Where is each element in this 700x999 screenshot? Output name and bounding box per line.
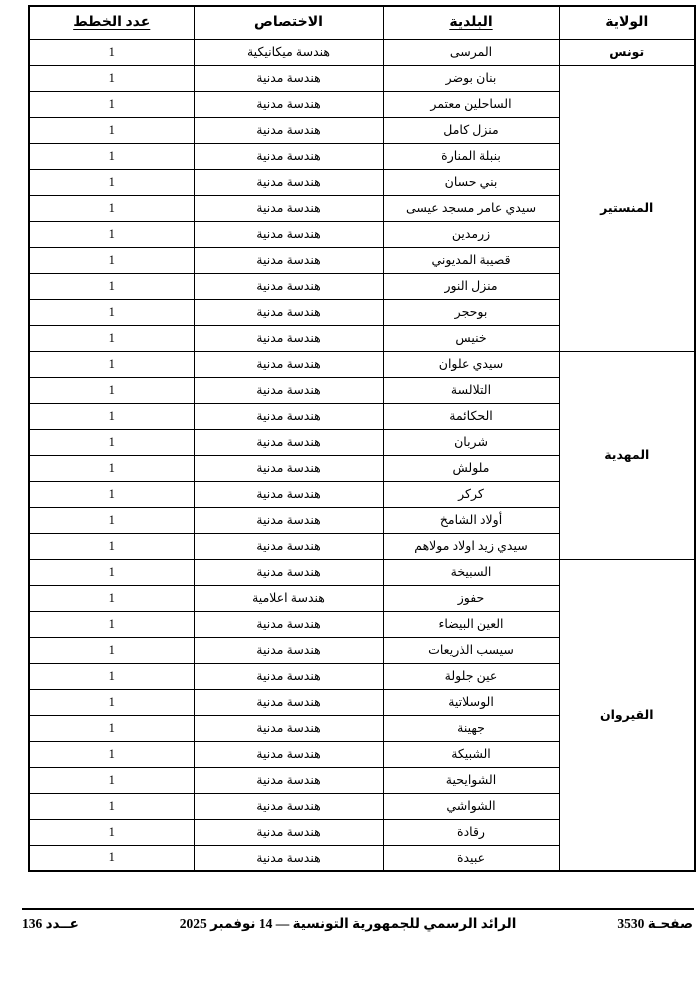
count-cell: 1 [29,559,194,585]
specialty-cell: هندسة مدنية [194,377,383,403]
count-cell: 1 [29,533,194,559]
count-cell: 1 [29,741,194,767]
count-cell: 1 [29,689,194,715]
specialty-cell: هندسة مدنية [194,611,383,637]
wilaya-cell: المنستير [559,65,695,351]
count-cell: 1 [29,91,194,117]
municipality-cell: جهينة [383,715,559,741]
specialty-cell: هندسة مدنية [194,481,383,507]
municipality-cell: حفوز [383,585,559,611]
table-row: تونسالمرسىهندسة ميكانيكية1 [29,39,695,65]
specialty-cell: هندسة مدنية [194,273,383,299]
count-cell: 1 [29,637,194,663]
municipality-cell: عين جلولة [383,663,559,689]
count-cell: 1 [29,585,194,611]
specialty-cell: هندسة مدنية [194,819,383,845]
count-cell: 1 [29,455,194,481]
count-cell: 1 [29,169,194,195]
page-number: 3530 [617,916,644,931]
count-cell: 1 [29,299,194,325]
specialty-cell: هندسة مدنية [194,741,383,767]
journal-title-line: الرائد الرسمي للجمهورية التونسية — 14 نو… [79,914,618,934]
specialty-cell: هندسة مدنية [194,559,383,585]
municipality-cell: سيدي عامر مسجد عيسى [383,195,559,221]
specialty-cell: هندسة مدنية [194,299,383,325]
header-municipality: البلدية [383,6,559,39]
specialty-cell: هندسة مدنية [194,455,383,481]
municipality-cell: العين البيضاء [383,611,559,637]
count-cell: 1 [29,117,194,143]
specialty-cell: هندسة مدنية [194,637,383,663]
municipality-cell: الشبيكة [383,741,559,767]
municipality-cell: خنيس [383,325,559,351]
specialty-cell: هندسة مدنية [194,845,383,871]
specialty-cell: هندسة مدنية [194,91,383,117]
municipality-cell: المرسى [383,39,559,65]
specialty-cell: هندسة مدنية [194,793,383,819]
specialty-cell: هندسة مدنية [194,403,383,429]
specialty-cell: هندسة مدنية [194,169,383,195]
wilaya-cell: تونس [559,39,695,65]
issue-word: عــدد [46,916,79,931]
specialty-cell: هندسة مدنية [194,715,383,741]
positions-table: الولاية البلدية الاختصاص عدد الخطط تونسا… [28,5,696,872]
count-cell: 1 [29,663,194,689]
issue-number: 136 [22,916,42,931]
count-cell: 1 [29,65,194,91]
municipality-cell: عبيدة [383,845,559,871]
municipality-cell: بني حسان [383,169,559,195]
issue-number-label: عــدد 136 [22,914,79,934]
count-cell: 1 [29,715,194,741]
specialty-cell: هندسة مدنية [194,195,383,221]
specialty-cell: هندسة مدنية [194,143,383,169]
table-header-row: الولاية البلدية الاختصاص عدد الخطط [29,6,695,39]
specialty-cell: هندسة مدنية [194,533,383,559]
specialty-cell: هندسة مدنية [194,351,383,377]
page-number-label: صفحـة 3530 [617,914,693,934]
municipality-cell: الحكائمة [383,403,559,429]
municipality-cell: سيدي علوان [383,351,559,377]
specialty-cell: هندسة مدنية [194,325,383,351]
municipality-cell: الساحلين معتمر [383,91,559,117]
municipality-cell: الشواشي [383,793,559,819]
municipality-cell: رقادة [383,819,559,845]
count-cell: 1 [29,403,194,429]
specialty-cell: هندسة مدنية [194,767,383,793]
municipality-cell: كركر [383,481,559,507]
count-cell: 1 [29,793,194,819]
table-row: القيروانالسبيخةهندسة مدنية1 [29,559,695,585]
municipality-cell: بوحجر [383,299,559,325]
municipality-cell: قصيبة المديوني [383,247,559,273]
municipality-cell: بنبلة المنارة [383,143,559,169]
municipality-cell: بنان بوضر [383,65,559,91]
page-footer: عــدد 136 الرائد الرسمي للجمهورية التونس… [22,914,693,934]
municipality-cell: شربان [383,429,559,455]
specialty-cell: هندسة مدنية [194,221,383,247]
gazette-page: الولاية البلدية الاختصاص عدد الخطط تونسا… [0,0,700,999]
count-cell: 1 [29,195,194,221]
header-specialty: الاختصاص [194,6,383,39]
count-cell: 1 [29,377,194,403]
count-cell: 1 [29,325,194,351]
wilaya-cell: المهدية [559,351,695,559]
count-cell: 1 [29,429,194,455]
municipality-cell: منزل كامل [383,117,559,143]
wilaya-cell: القيروان [559,559,695,871]
count-cell: 1 [29,481,194,507]
table-row: المنستيربنان بوضرهندسة مدنية1 [29,65,695,91]
municipality-cell: سيدي زيد اولاد مولاهم [383,533,559,559]
footer-divider [22,908,694,910]
specialty-cell: هندسة مدنية [194,247,383,273]
count-cell: 1 [29,507,194,533]
specialty-cell: هندسة مدنية [194,507,383,533]
specialty-cell: هندسة ميكانيكية [194,39,383,65]
specialty-cell: هندسة مدنية [194,689,383,715]
header-positions: عدد الخطط [29,6,194,39]
municipality-cell: سيسب الذريعات [383,637,559,663]
municipality-cell: ملولش [383,455,559,481]
specialty-cell: هندسة مدنية [194,65,383,91]
specialty-cell: هندسة مدنية [194,429,383,455]
table-row: المهديةسيدي علوانهندسة مدنية1 [29,351,695,377]
count-cell: 1 [29,143,194,169]
count-cell: 1 [29,39,194,65]
page-word: صفحـة [648,916,693,931]
municipality-cell: أولاد الشامخ [383,507,559,533]
municipality-cell: السبيخة [383,559,559,585]
municipality-cell: منزل النور [383,273,559,299]
municipality-cell: زرمدين [383,221,559,247]
count-cell: 1 [29,611,194,637]
municipality-cell: التلالسة [383,377,559,403]
table-body: تونسالمرسىهندسة ميكانيكية1المنستيربنان ب… [29,39,695,871]
count-cell: 1 [29,767,194,793]
count-cell: 1 [29,221,194,247]
specialty-cell: هندسة مدنية [194,117,383,143]
count-cell: 1 [29,845,194,871]
specialty-cell: هندسة مدنية [194,663,383,689]
count-cell: 1 [29,273,194,299]
header-wilaya: الولاية [559,6,695,39]
specialty-cell: هندسة اعلامية [194,585,383,611]
count-cell: 1 [29,819,194,845]
municipality-cell: الشوايحية [383,767,559,793]
municipality-cell: الوسلاتية [383,689,559,715]
count-cell: 1 [29,247,194,273]
count-cell: 1 [29,351,194,377]
